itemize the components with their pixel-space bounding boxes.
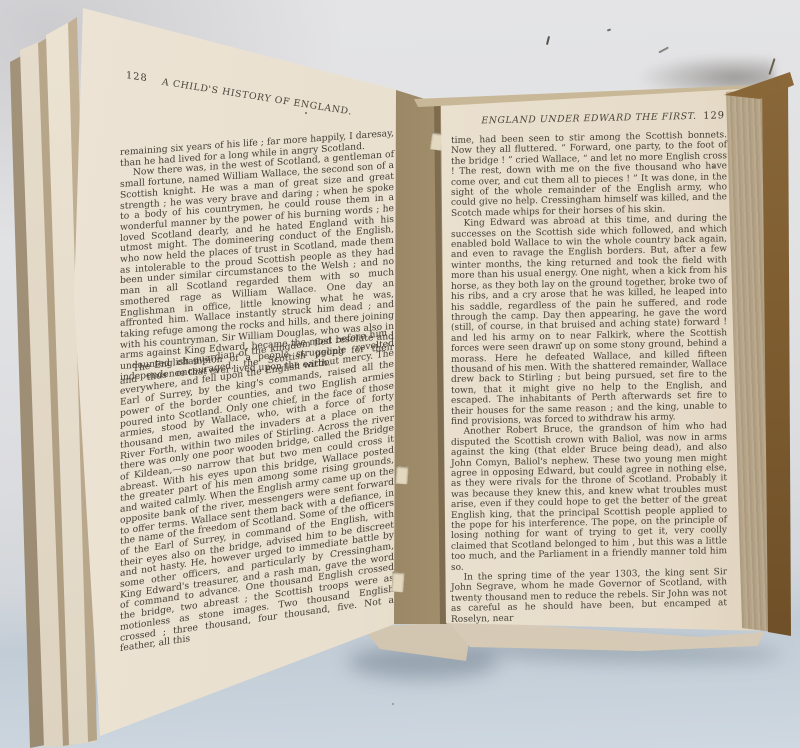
dust-speck (392, 703, 394, 705)
right-paragraph: King Edward was abroad at this time, and… (451, 213, 727, 427)
right-paragraph: In the spring time of the year 1303, the… (451, 567, 727, 625)
stitch-notch (391, 572, 404, 593)
left-running-header: A CHILD'S HISTORY OF ENGLAND. (162, 77, 352, 118)
right-page-text: ENGLAND UNDER EDWARD THE FIRST. 129 time… (451, 110, 727, 642)
left-page-number: 128 (126, 70, 148, 84)
right-paragraph: time, had been seen to stir among the Sc… (451, 130, 727, 219)
right-page-number: 129 (703, 110, 725, 121)
photo-open-book: 128 A CHILD'S HISTORY OF ENGLAND. remain… (0, 0, 800, 748)
left-paragraph: The English guardian of the kingdom fled… (120, 327, 394, 654)
dust-speck (305, 112, 307, 114)
left-page-text-lower: The English guardian of the kingdom fled… (120, 327, 394, 654)
right-running-header: ENGLAND UNDER EDWARD THE FIRST. (481, 111, 696, 127)
dust-speck (713, 166, 715, 168)
right-paragraph: Another Robert Bruce, the grandson of hi… (451, 422, 727, 573)
stitch-notch (395, 466, 408, 485)
dust-speck (588, 420, 590, 422)
right-running-header-row: ENGLAND UNDER EDWARD THE FIRST. 129 (451, 110, 727, 127)
dust-speck (560, 342, 562, 344)
